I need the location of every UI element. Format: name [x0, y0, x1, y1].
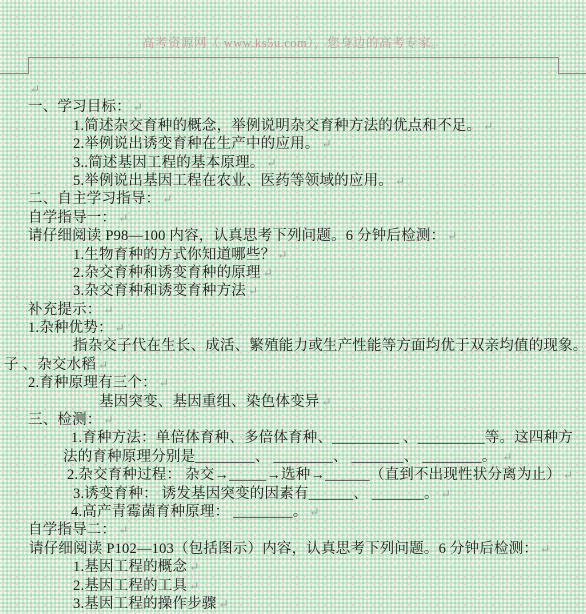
- doc-line[interactable]: 请仔细阅读 P98—100 内容，认真思考下列问题。6 分钟后检测：↵: [0, 227, 586, 245]
- doc-line-text: 1.生物育种的方式你知道哪些？: [73, 247, 275, 263]
- doc-line[interactable]: 3.杂交育种和诱变育种方法↵: [0, 282, 586, 300]
- doc-line-text: 5.举例说出基因工程在农业、医药等领域的应用。: [73, 173, 393, 189]
- doc-line[interactable]: 1.生物育种的方式你知道哪些？↵: [0, 246, 586, 264]
- doc-line[interactable]: 1.杂种优势：↵: [0, 319, 586, 337]
- doc-line-text: 自学指导一：: [28, 210, 116, 226]
- doc-line[interactable]: 4.高产青霉菌育种原理： ________。↵: [0, 503, 586, 521]
- doc-line-text: 补充提示：: [28, 302, 102, 318]
- page-boundary-right-notch: [559, 73, 586, 74]
- doc-line-text: 3.诱变育种： 诱发基因突变的因素有______、 _______。: [73, 486, 439, 502]
- doc-line[interactable]: 二、自主学习指导：↵: [0, 190, 586, 208]
- document-viewport: { "page": { "background_color": "#c9ecce…: [0, 0, 586, 614]
- doc-line-text: 2.育种原理有三个：: [28, 375, 157, 391]
- doc-line[interactable]: 指杂交子代在生长、成活、繁殖能力或生产性能等方面均优于双亲均值的现象。如骡: [0, 337, 586, 355]
- doc-line-text: 一、学习目标：: [28, 99, 131, 115]
- doc-line-text: 1.育种方法：单倍体育种、多倍体育种、_________ 、_________等…: [71, 430, 573, 446]
- doc-line[interactable]: 请仔细阅读 P102—103（包括图示）内容，认真思考下列问题。6 分钟后检测：…: [0, 540, 586, 558]
- doc-line-text: 1.基因工程的概念: [73, 559, 187, 575]
- paragraph-mark-icon: ↵: [248, 284, 258, 298]
- doc-line[interactable]: 2.基因工程的工具↵: [0, 577, 586, 595]
- paragraph-mark-icon: ↵: [447, 229, 457, 243]
- paragraph-mark-icon: ↵: [115, 321, 125, 335]
- paragraph-mark-icon: ↵: [309, 505, 319, 519]
- doc-line[interactable]: 2.杂交育种和诱变育种的原理↵: [0, 264, 586, 282]
- paragraph-mark-icon: ↵: [277, 248, 287, 262]
- doc-line[interactable]: 一、学习目标：↵: [0, 98, 586, 116]
- doc-line-text: 三、检测：: [28, 412, 102, 428]
- doc-line[interactable]: 自学指导一：↵: [0, 209, 586, 227]
- paragraph-mark-icon: ↵: [133, 100, 143, 114]
- paragraph-mark-icon: ↵: [502, 450, 512, 464]
- doc-line-text: 2.举例说出诱变育种在生产中的应用。: [73, 136, 319, 152]
- paragraph-mark-icon: ↵: [321, 137, 331, 151]
- paragraph-mark-icon: ↵: [267, 156, 277, 170]
- doc-line[interactable]: 法的育种原理分别是________、 ________、 _______、 __…: [0, 448, 586, 466]
- doc-line[interactable]: 基因突变、基因重组、染色体变异↵: [0, 393, 586, 411]
- doc-line-text: 3.基因工程的操作步骤: [73, 596, 217, 612]
- doc-line-text: 1.简述杂交育种的概念，举例说明杂交育种方法的优点和不足。: [73, 118, 481, 134]
- doc-line-text: 4.高产青霉菌育种原理： ________。: [71, 504, 307, 520]
- paragraph-mark-icon: ↵: [322, 395, 332, 409]
- doc-line-text: 1.杂种优势：: [28, 320, 113, 336]
- doc-line[interactable]: 3.基因工程的操作步骤↵: [0, 595, 586, 613]
- doc-line-text: 子 、杂交水稻: [4, 357, 96, 373]
- doc-line[interactable]: 1.简述杂交育种的概念，举例说明杂交育种方法的优点和不足。↵: [0, 117, 586, 135]
- doc-line[interactable]: 5.举例说出基因工程在农业、医药等领域的应用。↵: [0, 172, 586, 190]
- doc-line-text: 自学指导二：: [28, 522, 116, 538]
- paragraph-mark-icon: ↵: [104, 413, 114, 427]
- paragraph-mark-icon: ↵: [30, 82, 40, 96]
- doc-line[interactable]: 1.基因工程的概念↵: [0, 558, 586, 576]
- doc-line-text: 3.杂交育种和诱变育种方法: [73, 283, 246, 299]
- doc-line[interactable]: 2.举例说出诱变育种在生产中的应用。↵: [0, 135, 586, 153]
- page-boundary-left-notch: [0, 73, 28, 74]
- doc-line[interactable]: 自学指导二：↵: [0, 521, 586, 539]
- paragraph-mark-icon: ↵: [162, 192, 172, 206]
- paragraph-mark-icon: ↵: [441, 487, 451, 501]
- doc-line[interactable]: ↵: [0, 80, 586, 98]
- doc-line[interactable]: 3.诱变育种： 诱发基因突变的因素有______、 _______。↵: [0, 485, 586, 503]
- doc-line-text: 基因突变、基因重组、染色体变异: [99, 394, 320, 410]
- paragraph-mark-icon: ↵: [540, 542, 550, 556]
- doc-line-text: 请仔细阅读 P98—100 内容，认真思考下列问题。6 分钟后检测：: [28, 228, 445, 244]
- doc-line[interactable]: 子 、杂交水稻↵: [0, 356, 586, 374]
- doc-line-text: 法的育种原理分别是________、 ________、 _______、 __…: [63, 449, 500, 465]
- site-watermark-header: 高考资源网（ www.ks5u.com），您身边的高考专家。: [0, 33, 586, 51]
- doc-line-text: 2.杂交育种过程： 杂交→_____→选种→______（直到不出现性状分离为止…: [67, 467, 561, 483]
- paragraph-mark-icon: ↵: [263, 266, 273, 280]
- doc-line-text: 2.杂交育种和诱变育种的原理: [73, 265, 261, 281]
- paragraph-mark-icon: ↵: [189, 560, 199, 574]
- doc-line[interactable]: 2.杂交育种过程： 杂交→_____→选种→______（直到不出现性状分离为止…: [0, 466, 586, 484]
- paragraph-mark-icon: ↵: [483, 119, 493, 133]
- document-text-area[interactable]: ↵一、学习目标：↵1.简述杂交育种的概念，举例说明杂交育种方法的优点和不足。↵2…: [0, 80, 586, 613]
- doc-line-text: 2.基因工程的工具: [73, 578, 187, 594]
- doc-line[interactable]: 3..简述基因工程的基本原理。↵: [0, 154, 586, 172]
- doc-line[interactable]: 2.育种原理有三个：↵: [0, 374, 586, 392]
- paragraph-mark-icon: ↵: [118, 523, 128, 537]
- doc-line-text: 3..简述基因工程的基本原理。: [73, 155, 265, 171]
- doc-line-text: 指杂交子代在生长、成活、繁殖能力或生产性能等方面均优于双亲均值的现象。如骡: [73, 338, 586, 354]
- paragraph-mark-icon: ↵: [159, 376, 169, 390]
- page-header-boundary-line: [28, 57, 559, 74]
- paragraph-mark-icon: ↵: [118, 211, 128, 225]
- doc-line[interactable]: 补充提示：↵: [0, 301, 586, 319]
- paragraph-mark-icon: ↵: [563, 468, 573, 482]
- paragraph-mark-icon: ↵: [98, 358, 108, 372]
- paragraph-mark-icon: ↵: [395, 174, 405, 188]
- paragraph-mark-icon: ↵: [104, 303, 114, 317]
- doc-line[interactable]: 1.育种方法：单倍体育种、多倍体育种、_________ 、_________等…: [0, 429, 586, 447]
- doc-line-text: 二、自主学习指导：: [28, 191, 160, 207]
- paragraph-mark-icon: ↵: [219, 597, 229, 611]
- paragraph-mark-icon: ↵: [189, 579, 199, 593]
- doc-line[interactable]: 三、检测：↵: [0, 411, 586, 429]
- doc-line-text: 请仔细阅读 P102—103（包括图示）内容，认真思考下列问题。6 分钟后检测：: [29, 541, 538, 557]
